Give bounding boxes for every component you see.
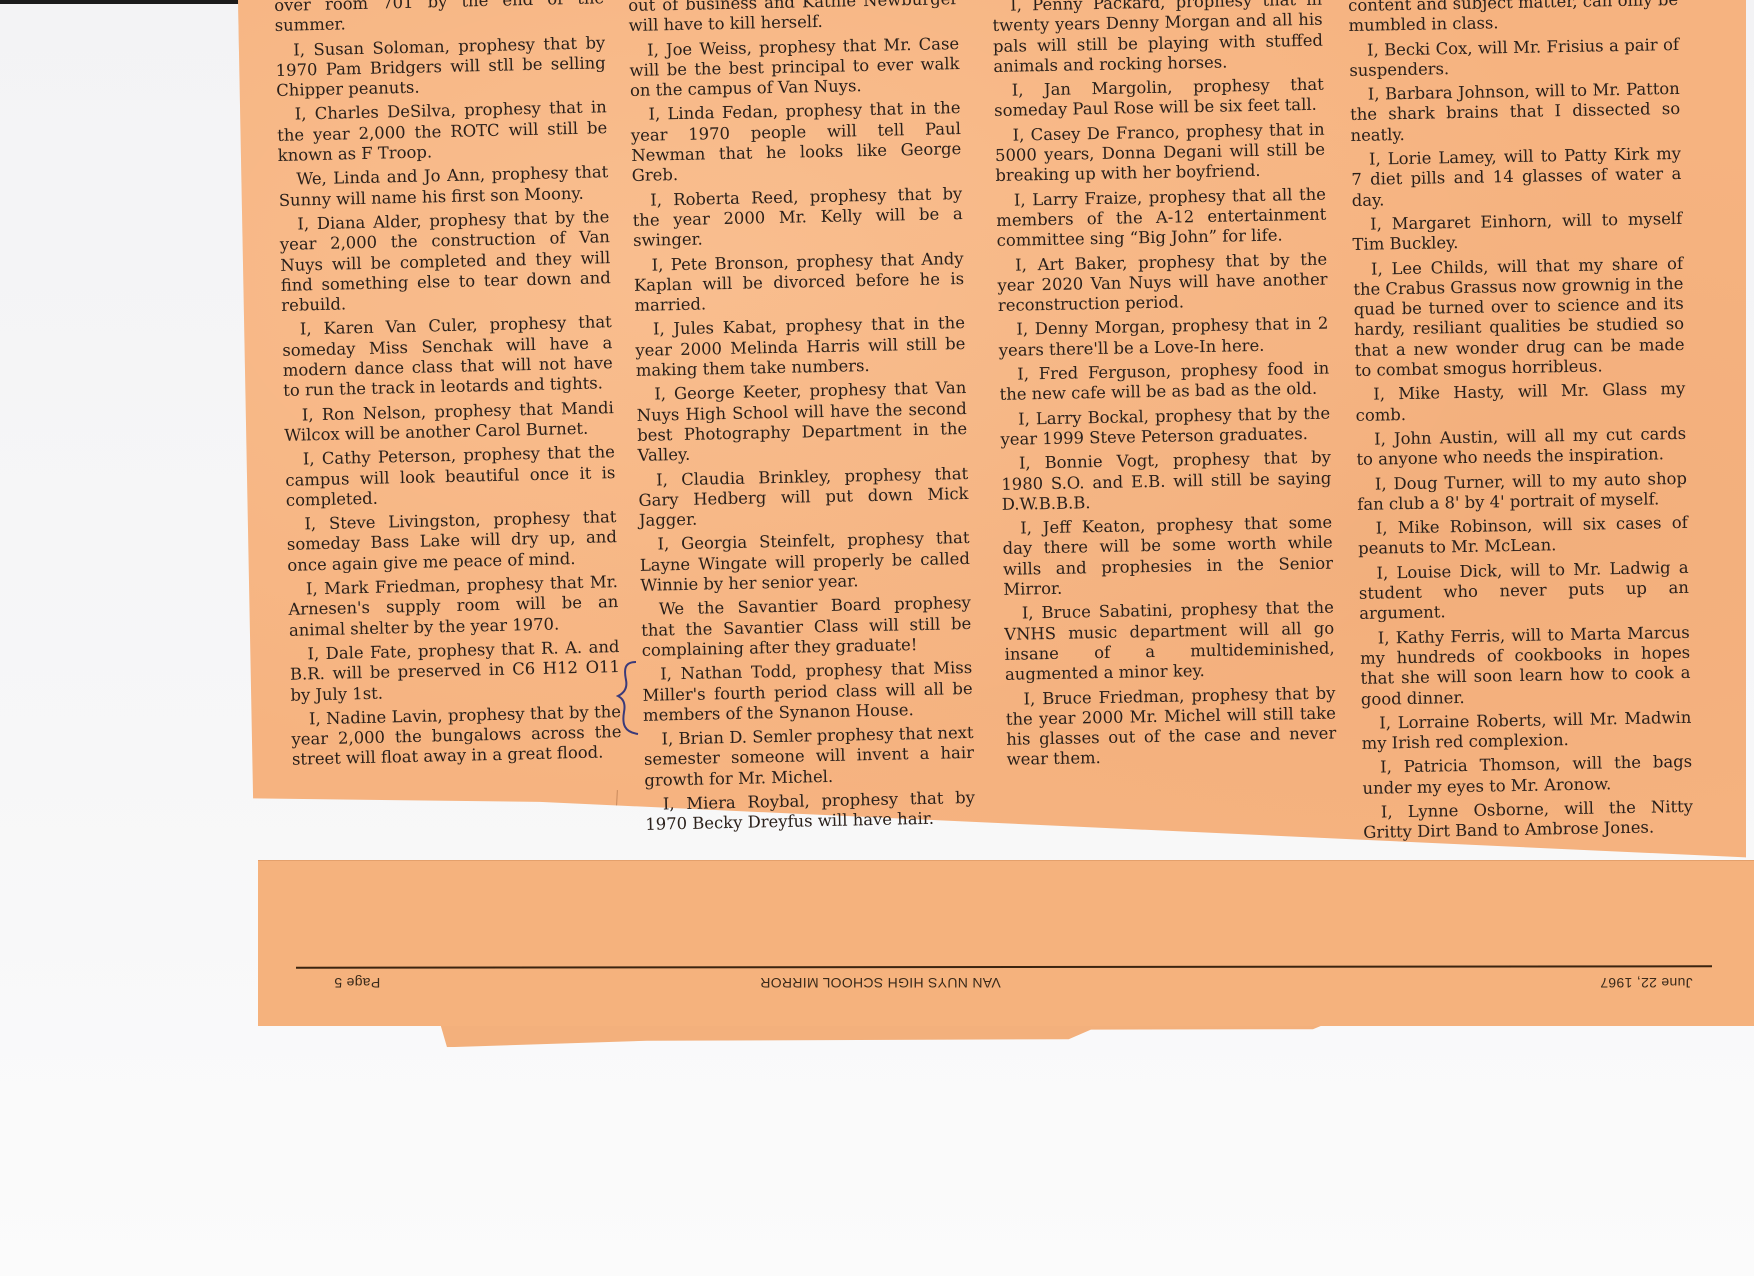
prophecy-paragraph: I, Mike Robinson, will six cases of pean… (1358, 513, 1689, 560)
prophecy-paragraph: I, Cathy Peterson, prophesy that the cam… (285, 442, 616, 511)
prophecy-paragraph: I, Ron Nelson, prophesy that Mandi Wilco… (284, 398, 615, 446)
prophecy-paragraph: I, Mike Hasty, will Mr. Glass my comb. (1355, 379, 1686, 426)
prophecy-paragraph: I, George Keeter, prophesy that Van Nuys… (636, 378, 968, 466)
prophecy-paragraph: I, Becki Cox, will Mr. Frisius a pair of… (1349, 35, 1680, 82)
prophecy-paragraph: over room 701 by the end of the summer. (274, 0, 605, 37)
underlying-page (258, 860, 1754, 1026)
prophecy-paragraph: We, Linda and Jo Ann, prophesy that Sunn… (278, 163, 609, 211)
footer-publication-title: VAN NUYS HIGH SCHOOL MIRROR (760, 975, 1001, 991)
prophecy-paragraph: I, Art Baker, prophesy that by the year … (997, 249, 1328, 316)
prophecy-paragraph: I, Mark Friedman, prophesy that Mr. Arne… (288, 572, 619, 641)
prophecy-paragraph: I, Lynne Osborne, will the Nitty Gritty … (1363, 797, 1694, 844)
pen-bracket-annotation (616, 658, 640, 736)
prophecy-paragraph: I, Linda Fedan, prophesy that in the yea… (630, 99, 962, 187)
column-3: I, Penny Packard, prophesy that in twent… (992, 0, 1337, 775)
prophecy-paragraph: I, Penny Packard, prophesy that in twent… (992, 0, 1323, 77)
prophecy-paragraph: I, Brian D. Semler prophesy that next se… (643, 723, 974, 791)
prophecy-paragraph: I, Casey De Franco, prophesy that in 500… (994, 119, 1325, 186)
prophecy-paragraph: out of business and Kathie Newburger wil… (628, 0, 959, 37)
prophecy-paragraph: I, Fred Ferguson, prophesy food in the n… (999, 359, 1330, 406)
prophecy-paragraph: I, Larry Bockal, prophesy that by the ye… (1000, 403, 1331, 450)
prophecy-paragraph: I, Dale Fate, prophesy that R. A. and B.… (289, 637, 620, 706)
prophecy-paragraph: I, Pete Bronson, prophesy that Andy Kapl… (633, 249, 964, 317)
column-4: content and subject matter, can only be … (1348, 0, 1694, 847)
prophecy-paragraph: I, Bruce Sabatini, prophesy that the VNH… (1004, 598, 1335, 686)
prophecy-paragraph: I, Margaret Einhorn, will to myself Tim … (1352, 209, 1683, 256)
prophecy-paragraph: content and subject matter, can only be … (1348, 0, 1679, 37)
prophecy-paragraph: I, John Austin, will all my cut cards to… (1356, 424, 1687, 471)
prophecy-paragraph: I, Kathy Ferris, will to Marta Marcus my… (1360, 622, 1691, 709)
prophecy-paragraph: I, Roberta Reed, prophesy that by the ye… (632, 184, 963, 252)
prophecy-paragraph: I, Jan Margolin, prophesy that someday P… (994, 75, 1325, 122)
footer-page-number: Page 5 (334, 975, 380, 991)
prophecy-paragraph: I, Bonnie Vogt, prophesy that by 1980 S.… (1001, 448, 1332, 515)
footer-date: June 22, 1967 (1600, 975, 1693, 991)
prophecy-paragraph: I, Joe Weiss, prophesy that Mr. Case wil… (629, 34, 960, 102)
prophecy-paragraph: I, Karen Van Culer, prophesy that someda… (282, 313, 614, 402)
prophecy-paragraph: I, Barbara Johnson, will to Mr. Patton t… (1350, 79, 1681, 146)
prophecy-paragraph: I, Denny Morgan, prophesy that in 2 year… (998, 314, 1329, 361)
prophecy-paragraph: I, Nadine Lavin, prophesy that by the ye… (291, 702, 622, 771)
prophecy-paragraph: I, Lorie Lamey, will to Patty Kirk my 7 … (1351, 144, 1682, 211)
prophecy-paragraph: I, Claudia Brinkley, prophesy that Gary … (638, 464, 969, 532)
prophecy-paragraph: I, Georgia Steinfelt, prophesy that Layn… (639, 528, 970, 596)
prophecy-paragraph: I, Jeff Keaton, prophesy that some day t… (1002, 513, 1333, 601)
prophecy-paragraph: I, Steve Livingston, prophesy that somed… (286, 507, 617, 576)
prophecy-paragraph: I, Miera Roybal, prophesy that by 1970 B… (645, 788, 976, 835)
prophecy-paragraph: I, Doug Turner, will to my auto shop fan… (1357, 468, 1688, 515)
prophecy-paragraph: I, Jules Kabat, prophesy that in the yea… (635, 313, 966, 381)
prophecy-paragraph: I, Charles DeSilva, prophesy that in the… (277, 98, 608, 167)
prophecy-paragraph: I, Larry Fraize, prophesy that all the m… (996, 184, 1327, 251)
prophecy-paragraph: I, Lorraine Roberts, will Mr. Madwin my … (1361, 708, 1692, 755)
prophecy-paragraph: I, Patricia Thomson, will the bags under… (1362, 752, 1693, 799)
prophecy-paragraph: I, Nathan Todd, prophesy that Miss Mille… (642, 658, 973, 726)
prophecy-paragraph: We the Savantier Board prophesy that the… (641, 593, 972, 661)
prophecy-paragraph: I, Susan Soloman, prophesy that by 1970 … (275, 33, 606, 102)
prophecy-paragraph: I, Diana Alder, prophesy that by the yea… (279, 207, 611, 316)
prophecy-paragraph: I, Lee Childs, will that my share of the… (1353, 253, 1685, 381)
column-1: over room 701 by the end of the summer.I… (274, 0, 622, 774)
column-2: out of business and Kathie Newburger wil… (628, 0, 976, 839)
prophecy-paragraph: I, Bruce Friedman, prophesy that by the … (1005, 683, 1336, 771)
prophecy-paragraph: I, Louise Dick, will to Mr. Ladwig a stu… (1358, 558, 1689, 625)
